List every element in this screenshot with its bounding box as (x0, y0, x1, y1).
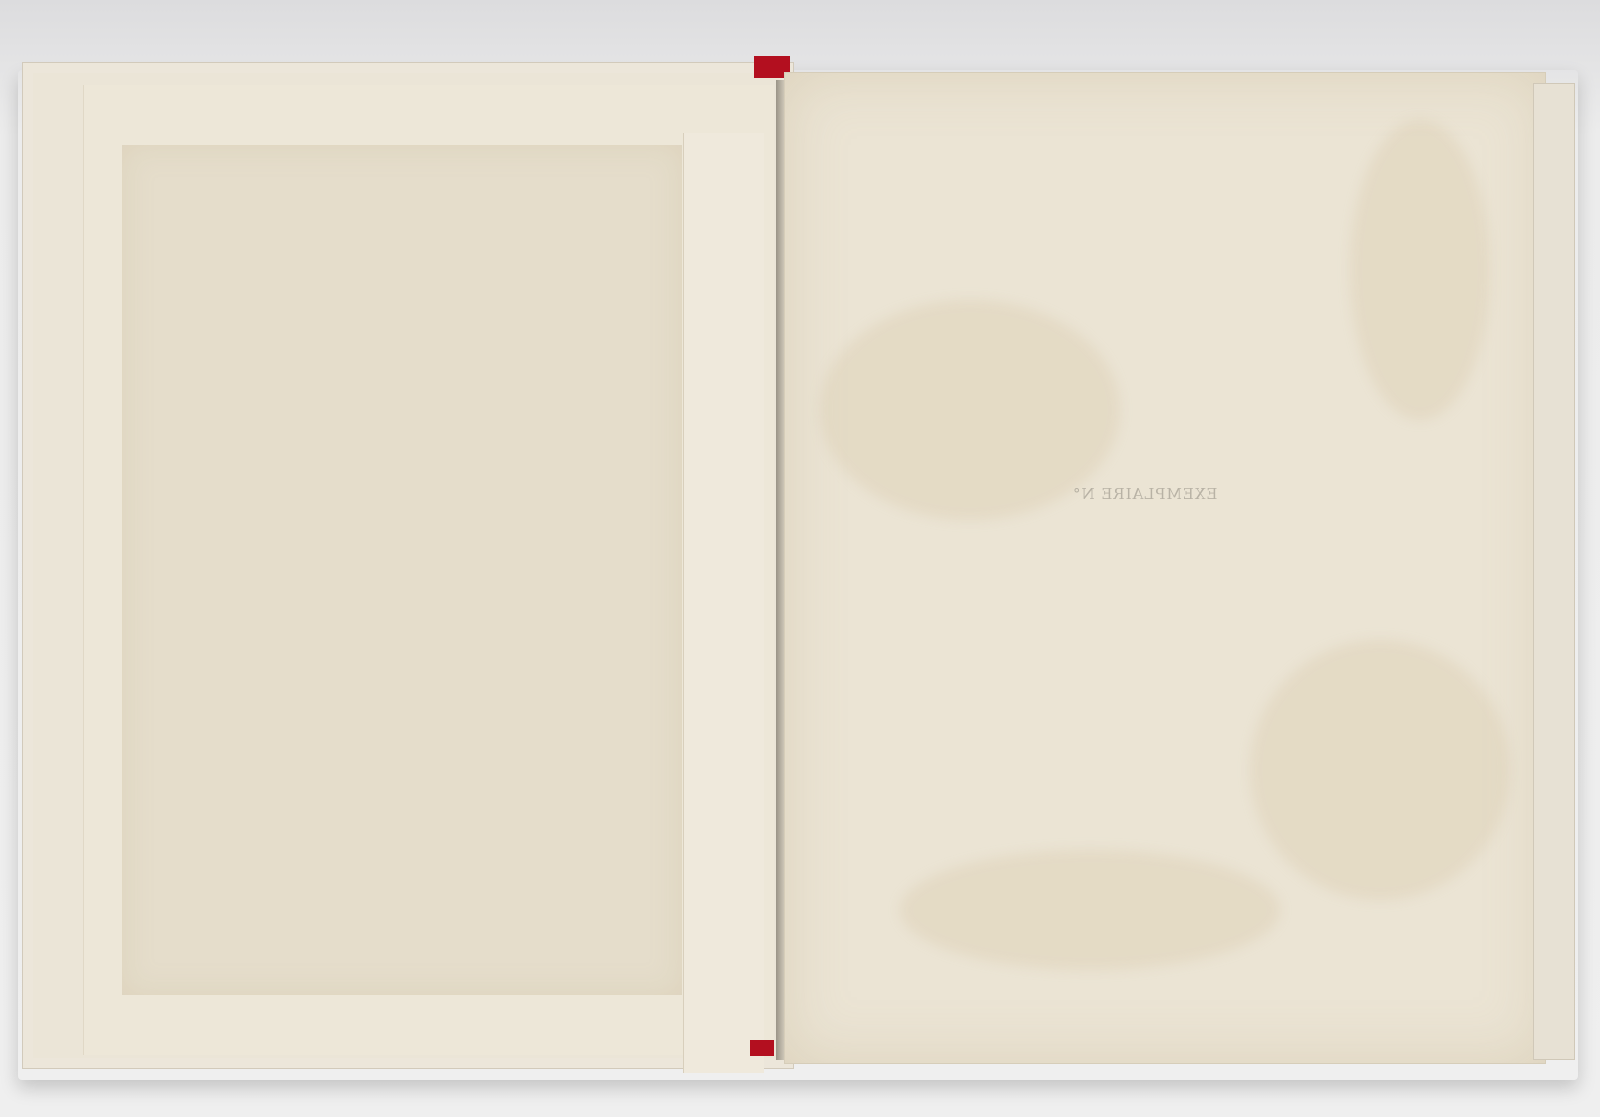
foxing-stain (900, 850, 1280, 970)
inside-front-cover (22, 62, 794, 1069)
bleed-through-text: EXEMPLAIRE N° (1072, 485, 1217, 503)
spine-headband-bottom (750, 1040, 774, 1056)
page-stack-edge (1533, 83, 1575, 1060)
foxing-stain (1350, 120, 1490, 420)
foxing-stain (1250, 640, 1510, 900)
plate-offset-mark (122, 145, 682, 995)
pastedown-endpaper (83, 85, 774, 1055)
hinge-strip (683, 133, 764, 1073)
